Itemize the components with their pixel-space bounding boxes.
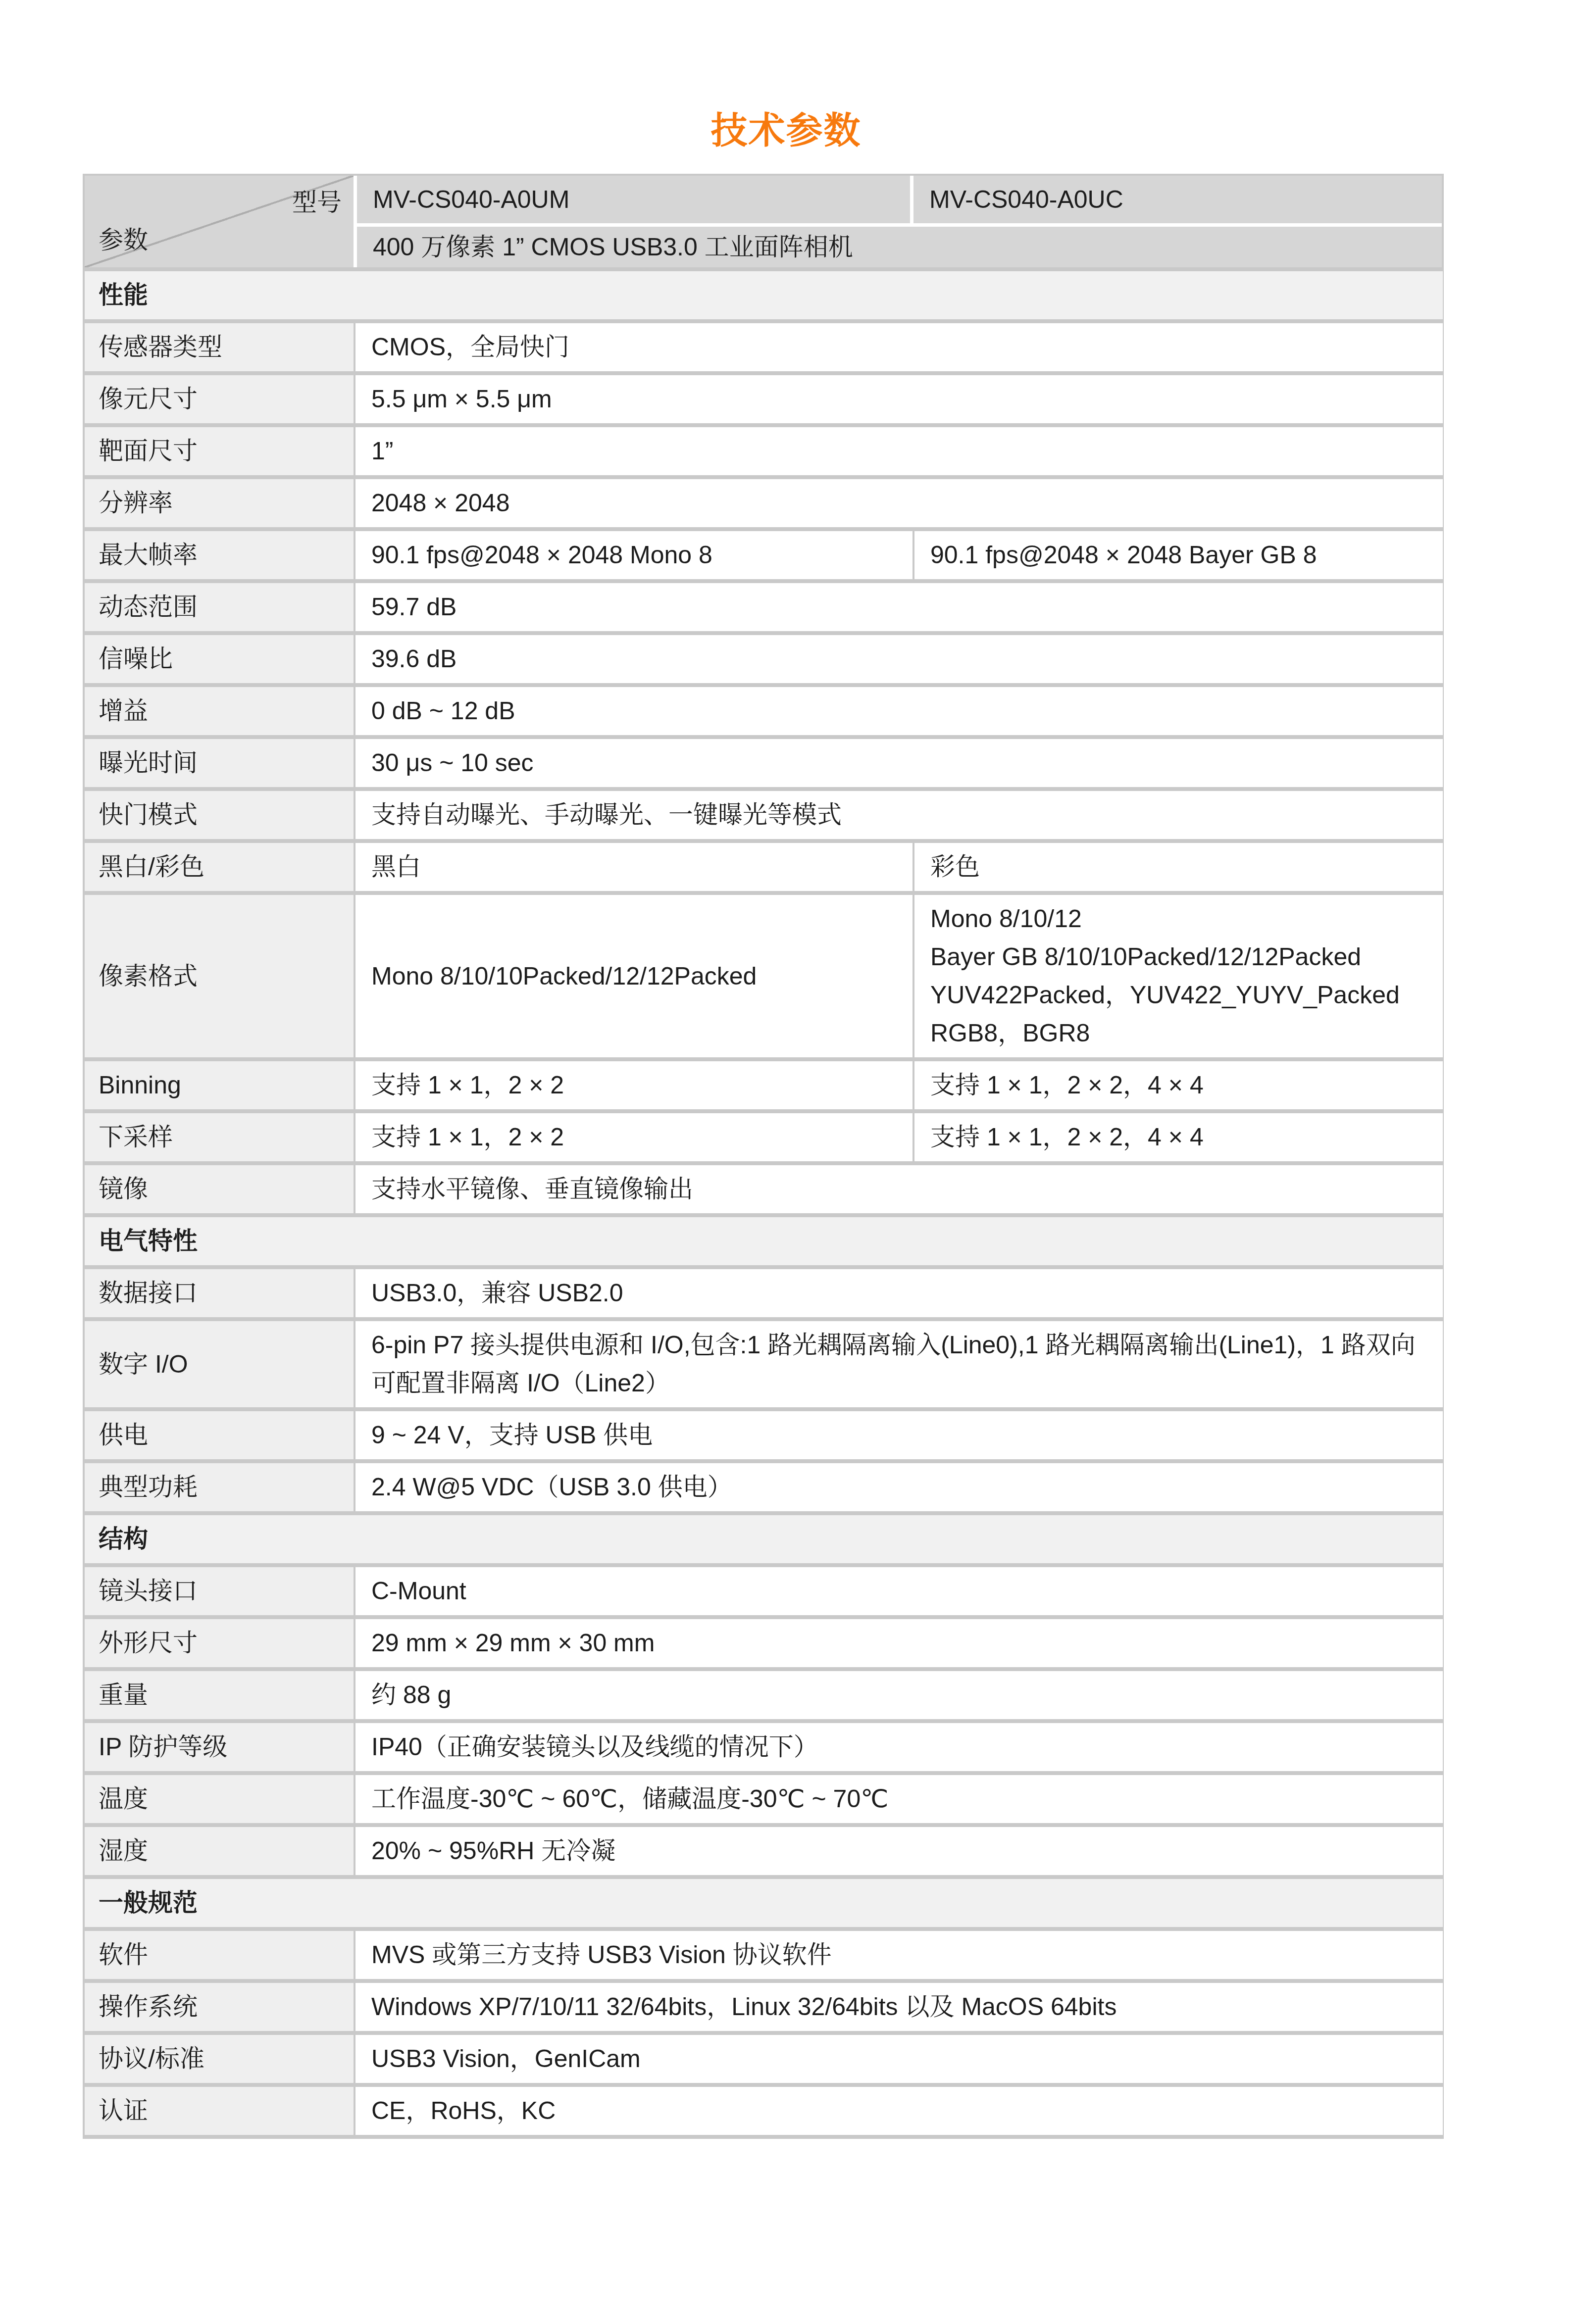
row-value: 59.7 dB (355, 583, 1443, 631)
row-value: CMOS，全局快门 (355, 323, 1443, 371)
row-label: IP 防护等级 (85, 1723, 354, 1771)
header-corner-model-label: 型号 (292, 184, 342, 222)
section-header-general: 一般规范 (85, 1879, 1443, 1927)
row-value-mono: Mono 8/10/10Packed/12/12Packed (355, 895, 913, 1057)
row-label: 快门模式 (85, 791, 354, 839)
spec-table: 型号 参数 MV-CS040-A0UM MV-CS040-A0UC 400 万像… (83, 174, 1444, 2139)
row-label: 分辨率 (85, 479, 354, 527)
row-value-color: Mono 8/10/12 Bayer GB 8/10/10Packed/12/1… (914, 895, 1443, 1057)
row-label: 信噪比 (85, 635, 354, 683)
row-value: USB3.0，兼容 USB2.0 (355, 1269, 1443, 1317)
row-value-color: 彩色 (914, 843, 1443, 891)
row-value: 29 mm × 29 mm × 30 mm (355, 1619, 1443, 1667)
row-value: 工作温度-30℃ ~ 60℃，储藏温度-30℃ ~ 70℃ (355, 1775, 1443, 1823)
row-label: 数据接口 (85, 1269, 354, 1317)
row-label: 传感器类型 (85, 323, 354, 371)
row-value-mono: 支持 1 × 1，2 × 2 (355, 1113, 913, 1161)
row-value-mono: 黑白 (355, 843, 913, 891)
spec-sheet-page: 技术参数 型号 参数 MV-CS040-A0UM MV-CS040-A0UC 4… (0, 101, 1572, 2139)
row-label: 像元尺寸 (85, 375, 354, 423)
header-corner-cell: 型号 参数 (85, 176, 354, 267)
row-value: 30 μs ~ 10 sec (355, 739, 1443, 787)
row-value: 1” (355, 427, 1443, 475)
section-header-performance: 性能 (85, 271, 1443, 319)
row-value: 约 88 g (355, 1671, 1443, 1719)
row-label: 像素格式 (85, 895, 354, 1057)
row-label: 黑白/彩色 (85, 843, 354, 891)
row-label: 下采样 (85, 1113, 354, 1161)
row-label: 镜像 (85, 1165, 354, 1213)
row-value-color: 支持 1 × 1，2 × 2，4 × 4 (914, 1061, 1443, 1109)
row-value: CE，RoHS，KC (355, 2087, 1443, 2135)
row-value: 5.5 μm × 5.5 μm (355, 375, 1443, 423)
row-label: 典型功耗 (85, 1463, 354, 1511)
header-model-uc: MV-CS040-A0UC (913, 176, 1442, 223)
section-header-electrical: 电气特性 (85, 1217, 1443, 1265)
row-value: IP40（正确安装镜头以及线缆的情况下） (355, 1723, 1443, 1771)
row-value: MVS 或第三方支持 USB3 Vision 协议软件 (355, 1931, 1443, 1979)
row-value: 9 ~ 24 V，支持 USB 供电 (355, 1411, 1443, 1459)
row-value-color: 支持 1 × 1，2 × 2，4 × 4 (914, 1113, 1443, 1161)
row-label: 协议/标准 (85, 2035, 354, 2083)
row-value: 支持水平镜像、垂直镜像输出 (355, 1165, 1443, 1213)
row-value-mono: 支持 1 × 1，2 × 2 (355, 1061, 913, 1109)
row-label: 镜头接口 (85, 1567, 354, 1615)
row-value: USB3 Vision，GenICam (355, 2035, 1443, 2083)
row-value: 支持自动曝光、手动曝光、一键曝光等模式 (355, 791, 1443, 839)
row-label: 软件 (85, 1931, 354, 1979)
row-label: Binning (85, 1061, 354, 1109)
row-label: 最大帧率 (85, 531, 354, 579)
row-label: 认证 (85, 2087, 354, 2135)
header-model-um: MV-CS040-A0UM (357, 176, 910, 223)
row-value: 20% ~ 95%RH 无冷凝 (355, 1827, 1443, 1875)
row-label: 数字 I/O (85, 1321, 354, 1407)
header-corner-parameter-label: 参数 (99, 221, 148, 259)
row-value: 6-pin P7 接头提供电源和 I/O,包含:1 路光耦隔离输入(Line0)… (355, 1321, 1443, 1407)
row-label: 外形尺寸 (85, 1619, 354, 1667)
row-label: 靶面尺寸 (85, 427, 354, 475)
row-label: 增益 (85, 687, 354, 735)
row-value: Windows XP/7/10/11 32/64bits，Linux 32/64… (355, 1983, 1443, 2031)
section-header-structure: 结构 (85, 1515, 1443, 1563)
row-label: 重量 (85, 1671, 354, 1719)
header-product-description: 400 万像素 1” CMOS USB3.0 工业面阵相机 (357, 227, 1442, 267)
row-label: 湿度 (85, 1827, 354, 1875)
row-label: 操作系统 (85, 1983, 354, 2031)
row-value: 2.4 W@5 VDC（USB 3.0 供电） (355, 1463, 1443, 1511)
row-value: 2048 × 2048 (355, 479, 1443, 527)
row-value: C-Mount (355, 1567, 1443, 1615)
row-value: 0 dB ~ 12 dB (355, 687, 1443, 735)
row-label: 曝光时间 (85, 739, 354, 787)
spec-table-header: 型号 参数 MV-CS040-A0UM MV-CS040-A0UC 400 万像… (85, 176, 1442, 267)
row-value-mono: 90.1 fps@2048 × 2048 Mono 8 (355, 531, 913, 579)
row-value: 39.6 dB (355, 635, 1443, 683)
row-label: 温度 (85, 1775, 354, 1823)
page-title: 技术参数 (0, 101, 1572, 154)
spec-table-body: 性能 传感器类型 CMOS，全局快门 像元尺寸 5.5 μm × 5.5 μm … (85, 267, 1442, 2135)
row-value-color: 90.1 fps@2048 × 2048 Bayer GB 8 (914, 531, 1443, 579)
row-label: 供电 (85, 1411, 354, 1459)
row-label: 动态范围 (85, 583, 354, 631)
